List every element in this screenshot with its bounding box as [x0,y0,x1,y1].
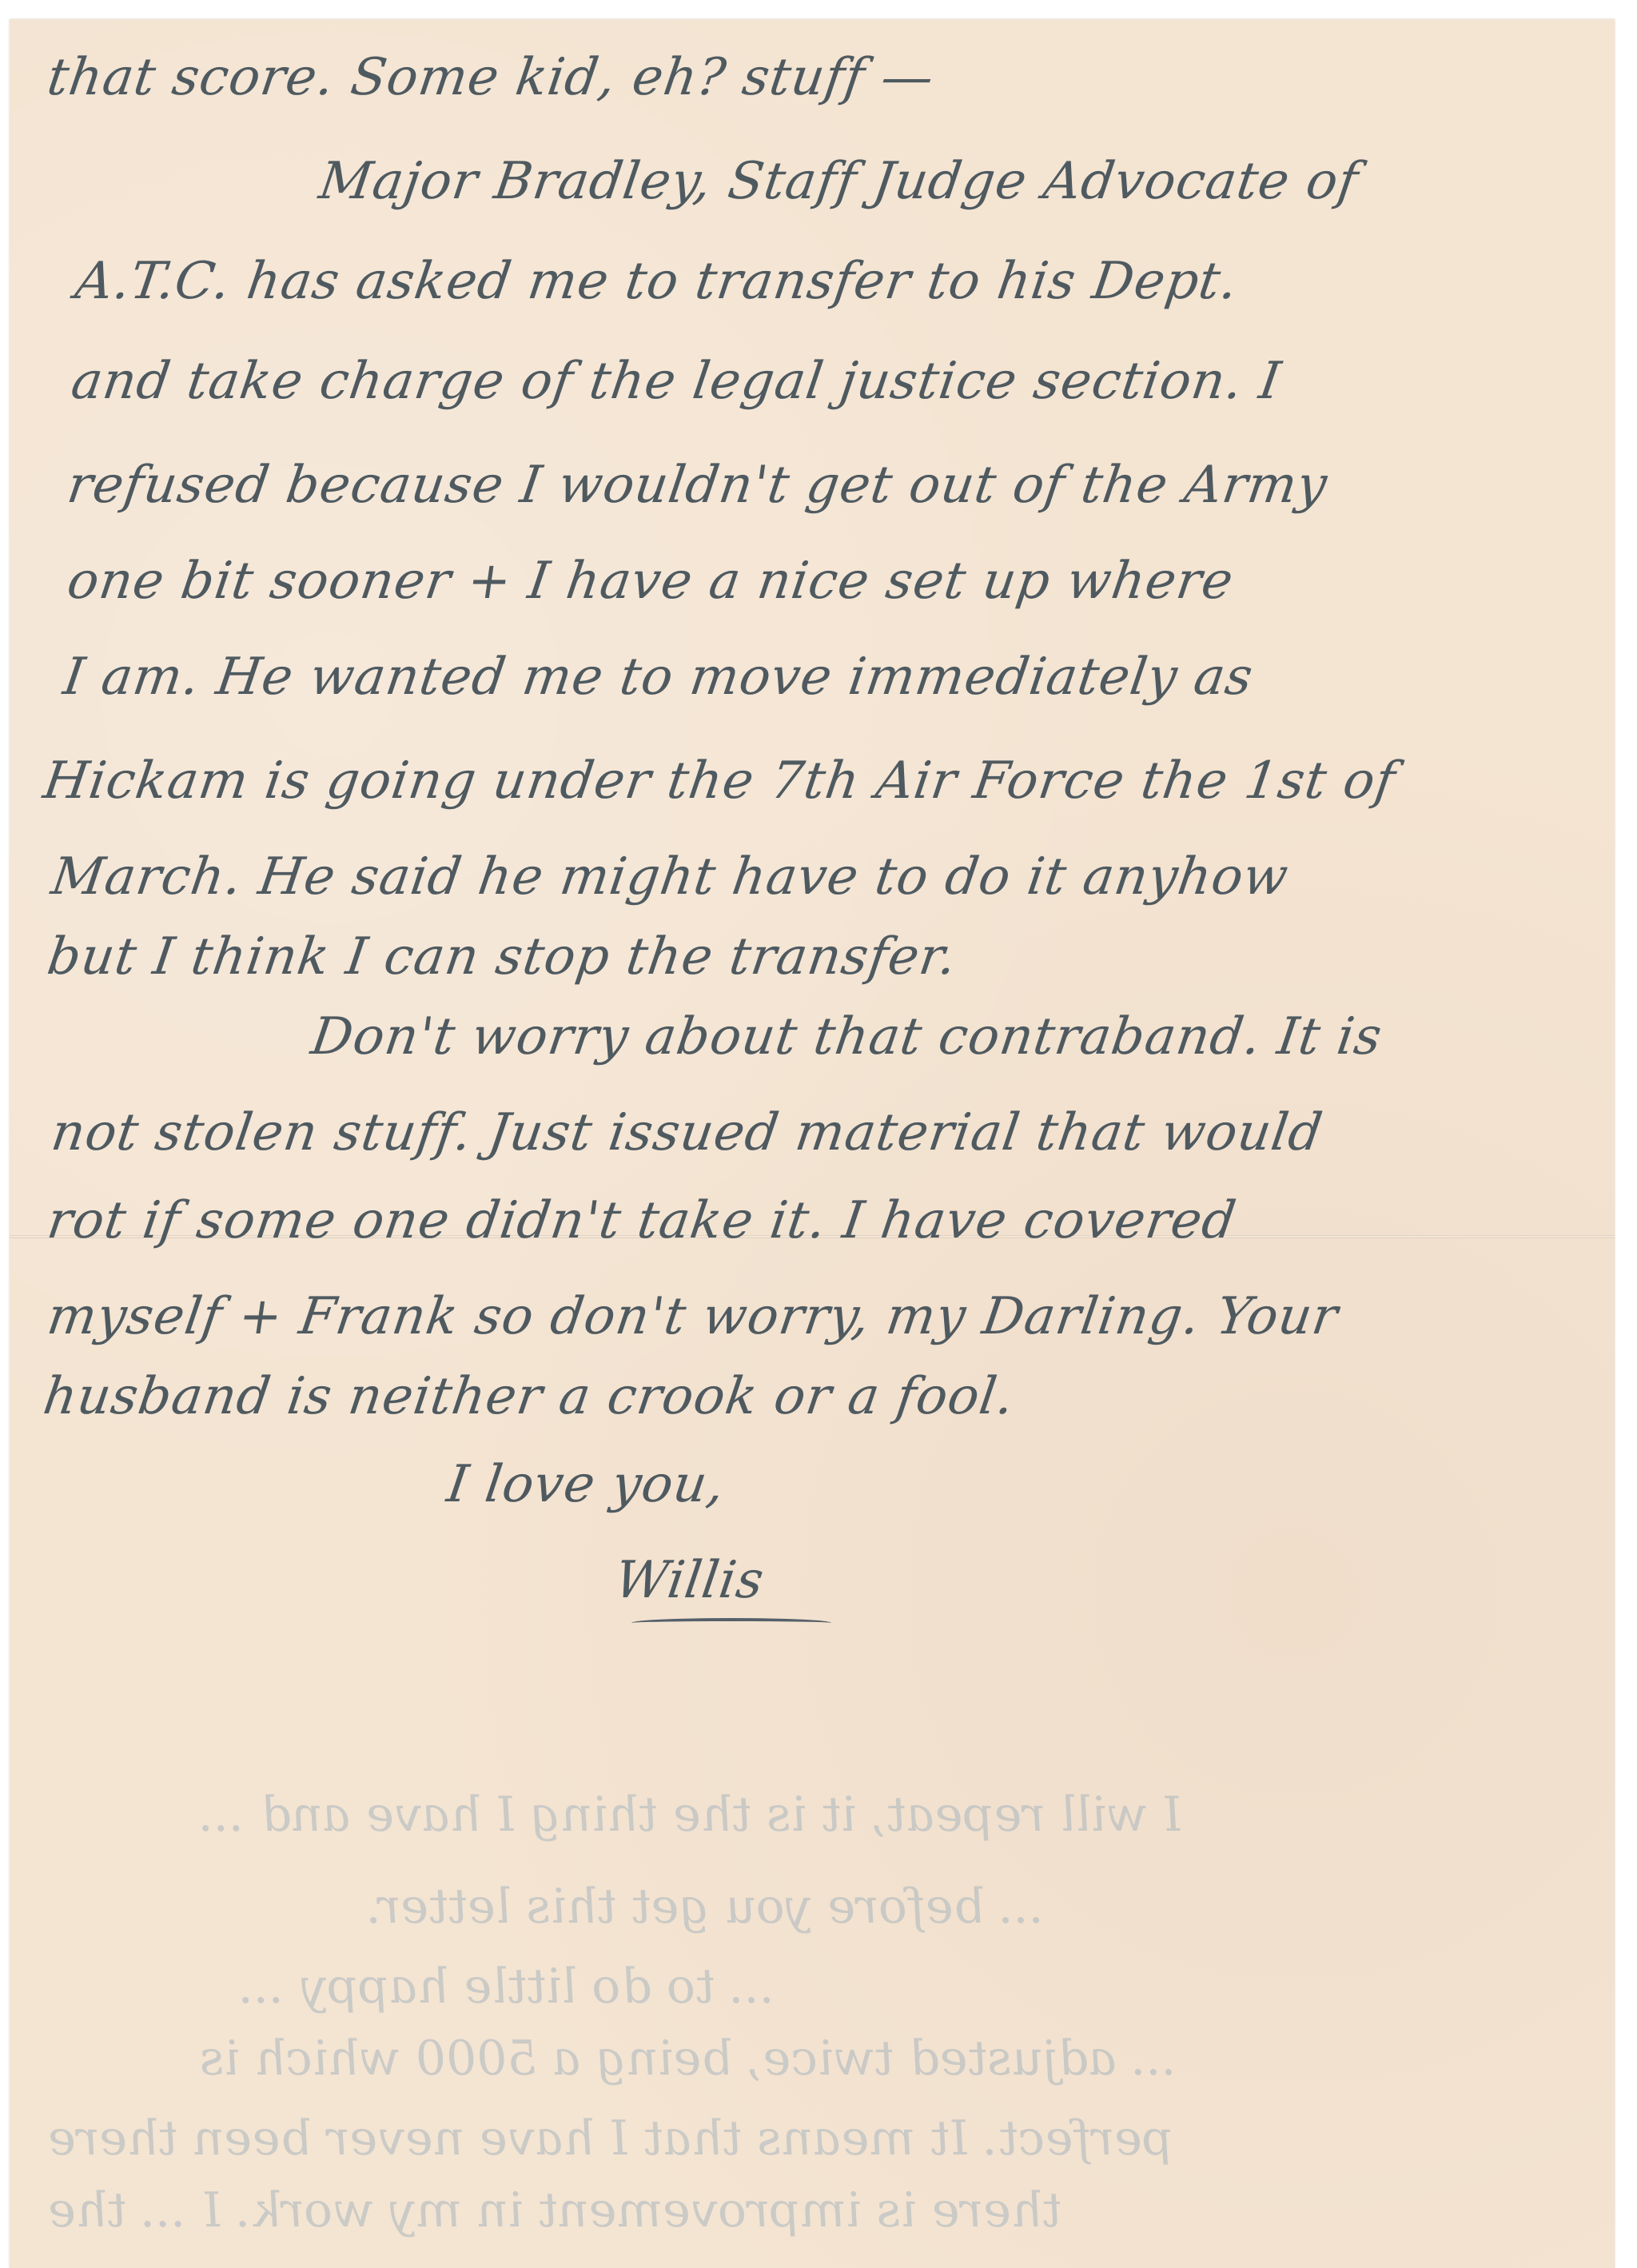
letter-line: I am. He wanted me to move immediately a… [60,648,1257,707]
letter-closing: I love you, [444,1455,729,1514]
letter-line: refused because I wouldn't get out of th… [64,456,1331,515]
letter-line: myself + Frank so don't worry, my Darlin… [44,1287,1342,1346]
letter-line: that score. Some kid, eh? stuff — [44,48,938,107]
letter-line: but I think I can stop the transfer. [44,927,961,987]
letter-line: husband is neither a crook or a fool. [40,1367,1018,1426]
letter-line: Don't worry about that contraband. It is [308,1007,1386,1066]
letter-line: March. He said he might have to do it an… [48,847,1292,907]
letter-signature: Willis [611,1551,768,1610]
bleed-through-line: there is improvement in my work. I ... t… [44,2182,1065,2238]
letter-line: and take charge of the legal justice sec… [68,352,1285,411]
letter-line: A.T.C. has asked me to transfer to his D… [72,252,1242,311]
letter-line: rot if some one didn't take it. I have c… [44,1191,1241,1250]
bleed-through-line: ... adjusted twice, being a 5000 which i… [196,2031,1182,2087]
bleed-through-line: ... to do little happy ... [236,1959,780,2015]
letter-line: Hickam is going under the 7th Air Force … [40,751,1400,811]
letter-line: Major Bradley, Staff Judge Advocate of [316,152,1362,211]
bleed-through-line: perfect. It means that I have never been… [44,2111,1177,2166]
bleed-through-line: I will repeat, it is the thing I have an… [196,1787,1185,1843]
signature-underline [631,1618,831,1628]
letter-line: one bit sooner + I have a nice set up wh… [64,552,1237,611]
letter-line: not stolen stuff. Just issued material t… [48,1103,1327,1162]
bleed-through-line: ... before you get this letter. [364,1879,1050,1935]
